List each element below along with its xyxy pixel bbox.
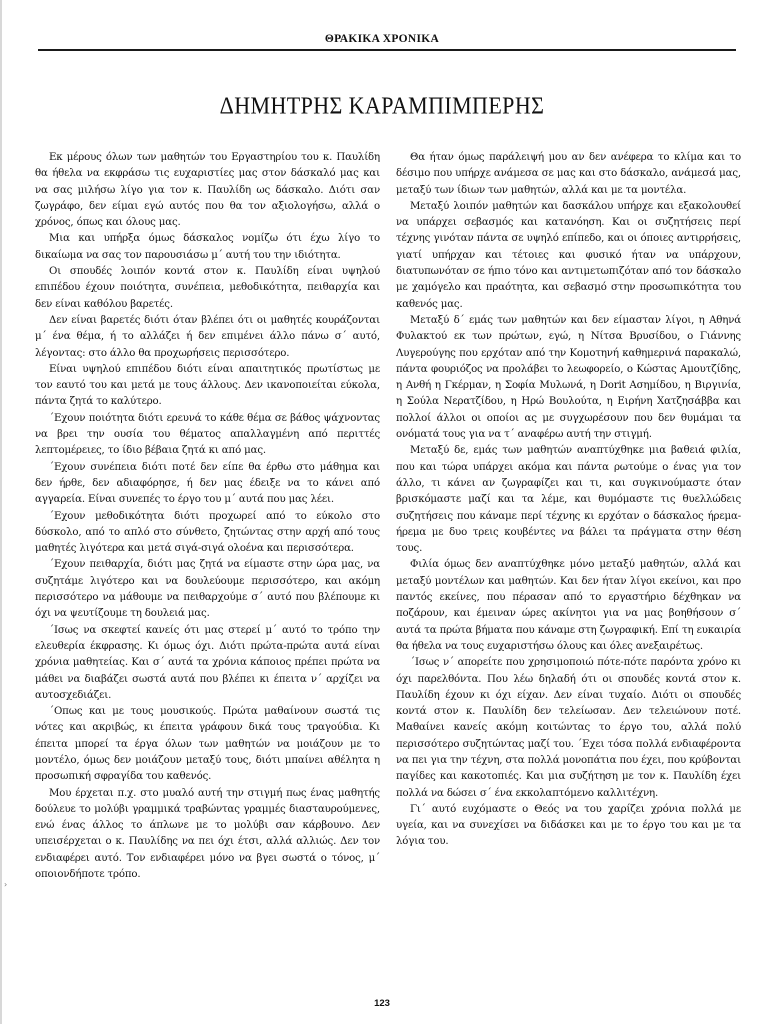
scan-artifact: ›: [4, 880, 7, 889]
header-rule: [38, 49, 736, 51]
article-title: ΔΗΜΗΤΡΗΣ ΚΑΡΑΜΠΙΜΠΕΡΗΣ: [0, 92, 764, 120]
paragraph: Μου έρχεται π.χ. στο μυαλό αυτή την στιγ…: [35, 786, 380, 884]
paragraph: ΄Εχουν πειθαρχία, διότι μας ζητά να είμα…: [35, 557, 380, 622]
paragraph: Μεταξύ δε, εμάς των μαθητών αναπτύχθηκε …: [396, 443, 741, 557]
paragraph: ΄Οπως και με τους μουσικούς. Πρώτα μαθαί…: [35, 704, 380, 785]
paragraph: ΄Ισως ν΄ απορείτε που χρησιμοποιώ πότε-π…: [396, 655, 741, 802]
paragraph: Είναι υψηλού επιπέδου διότι είναι απαιτη…: [35, 362, 380, 411]
paragraph: ΄Εχουν συνέπεια διότι ποτέ δεν είπε θα έ…: [35, 460, 380, 509]
paragraph: Εκ μέρους όλων των μαθητών του Εργαστηρί…: [35, 150, 380, 231]
paragraph: ΄Ισως να σκεφτεί κανείς ότι μας στερεί μ…: [35, 623, 380, 704]
running-head: ΘΡΑΚΙΚΑ ΧΡΟΝΙΚΑ: [0, 33, 764, 45]
left-column: Εκ μέρους όλων των μαθητών του Εργαστηρί…: [35, 150, 380, 883]
paragraph: Μια και υπήρξα όμως δάσκαλος νομίζω ότι …: [35, 231, 380, 264]
paragraph: ΄Εχουν ποιότητα διότι ερευνά το κάθε θέμ…: [35, 411, 380, 460]
paragraph: Μεταξύ δ΄ εμάς των μαθητών και δεν είμασ…: [396, 313, 741, 443]
paragraph: Μεταξύ λοιπόν μαθητών και δασκάλου υπήρχ…: [396, 199, 741, 313]
paragraph: Οι σπουδές λοιπόν κοντά στον κ. Παυλίδη …: [35, 264, 380, 313]
paragraph: Φιλία όμως δεν αναπτύχθηκε μόνο μεταξύ μ…: [396, 557, 741, 655]
right-column: Θα ήταν όμως παράλειψή μου αν δεν ανέφερ…: [396, 150, 741, 851]
page-number: 123: [0, 998, 764, 1009]
paragraph: Θα ήταν όμως παράλειψή μου αν δεν ανέφερ…: [396, 150, 741, 199]
scan-edge: [0, 0, 2, 1024]
paragraph: Γι΄ αυτό ευχόμαστε ο Θεός να του χαρίζει…: [396, 802, 741, 851]
paragraph: ΄Εχουν μεθοδικότητα διότι προχωρεί από τ…: [35, 509, 380, 558]
paragraph: Δεν είναι βαρετές διότι όταν βλέπει ότι …: [35, 313, 380, 362]
